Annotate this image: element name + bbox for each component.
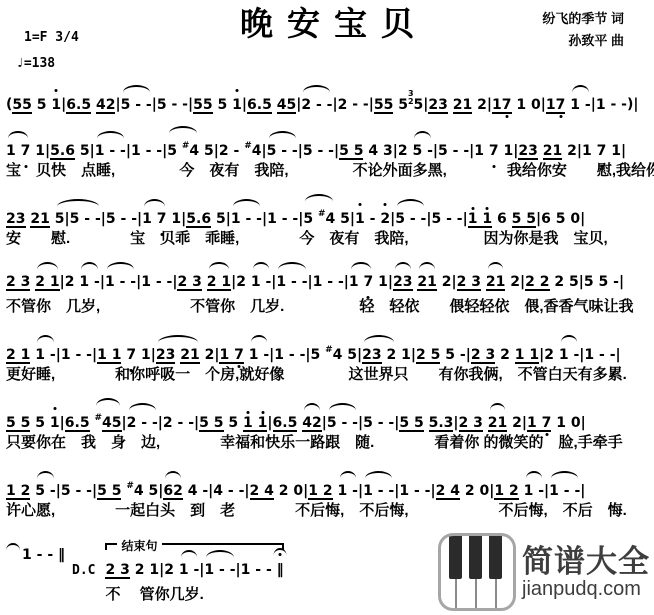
- lyrics-line: 不管你 几岁, 不管你 几岁. 轻 轻依 偎轻轻依 偎,香香气味让我: [6, 297, 654, 318]
- lyrics-line: 宝 贝快 点睡, 今 夜有 我陪, 不论外面多黑, 我给你安 慰,我给你: [6, 161, 654, 182]
- notation-line: 1 2 5 -|5 - -|5 5 #4 5|62 4 -|4 - -|2 4 …: [6, 463, 654, 499]
- lyrics-line: 安 慰. 宝 贝乖 乖睡, 今 夜有 我陪, 因为你是我 宝贝,: [6, 229, 654, 250]
- system-6: 5 5 5 1|6.5 #45|2 - -|2 - -|5 5 5 1 1|6.…: [6, 395, 654, 454]
- lyrics-line: 不 管你几岁.: [105, 585, 283, 606]
- site-url: jianpudq.com: [522, 579, 650, 599]
- system-5: 2 1 1 -|1 - -|1 1 7 1|23 21 2|1 7 1 -|1 …: [6, 327, 654, 386]
- ending-phrase: 结束句 2 3 2 1|2 1 -|1 - -|1 - - ‖ 不 管你几岁.: [105, 531, 283, 606]
- site-name: 简谱大全: [522, 546, 650, 577]
- lyrics-line: 更好睡, 和你呼吸一 个房,就好像 这世界只 有你我俩, 不管白天有多累.: [6, 365, 654, 386]
- tempo-marking: ♩=138: [16, 56, 55, 71]
- notation-line: (55 5 1|6.5 42|5 - -|5 - -|55 5 1|6.5 45…: [6, 78, 654, 114]
- system-3: 23 21 5|5 - -|5 - -|1 7 1|5.6 5|1 - -|1 …: [6, 191, 654, 250]
- lyrics-line: 只要你在 我 身 边, 幸福和快乐一路跟 随. 看着你 的微笑的 脸,手牵手: [6, 433, 654, 454]
- composer-credit: 孙致平 曲: [542, 30, 624, 52]
- system-7: 1 2 5 -|5 - -|5 5 #4 5|62 4 -|4 - -|2 4 …: [6, 463, 654, 522]
- notation-line: 2 1 1 -|1 - -|1 1 7 1|23 21 2|1 7 1 -|1 …: [6, 327, 654, 363]
- notation-line: 23 21 5|5 - -|5 - -|1 7 1|5.6 5|1 - -|1 …: [6, 191, 654, 227]
- lyrics-line: 许心愿, 一起白头 到 老 不后悔, 不后悔, 不后悔, 不后 悔.: [6, 501, 654, 522]
- credits: 纷飞的季节 词 孙致平 曲: [542, 8, 624, 52]
- system-4: 2 3 2 1|2 1 -|1 - -|1 - -|2 3 2 1|2 1 -|…: [6, 259, 654, 318]
- notation-line: 1 7 1|5.6 5|1 - -|1 - -|5 #4 5|2 - #4|5 …: [6, 123, 654, 159]
- system-intro: (55 5 1|6.5 42|5 - -|5 - -|55 5 1|6.5 45…: [6, 78, 654, 114]
- ending-bracket: 结束句 2 3 2 1|2 1 -|1 - -|1 - - ‖: [105, 543, 283, 583]
- header: 晚安宝贝 1=F 3/4 ♩=138 纷飞的季节 词 孙致平 曲: [0, 0, 654, 78]
- site-logo: 简谱大全 jianpudq.com: [438, 533, 650, 611]
- logo-text: 简谱大全 jianpudq.com: [522, 546, 650, 599]
- ending-pre-measures: 1 - - ‖ D.C: [6, 531, 95, 578]
- ending-bracket-label: 结束句: [117, 537, 161, 554]
- notation-line: 2 3 2 1|2 1 -|1 - -|1 - -|2 3 2 1|2 1 -|…: [6, 259, 654, 295]
- notation-line: 5 5 5 1|6.5 #45|2 - -|2 - -|5 5 5 1 1|6.…: [6, 395, 654, 431]
- sheet-music-page: 晚安宝贝 1=F 3/4 ♩=138 纷飞的季节 词 孙致平 曲 (55 5 1…: [0, 0, 654, 615]
- lyricist-credit: 纷飞的季节 词: [542, 8, 624, 30]
- dc-marking: D.C: [72, 563, 95, 578]
- piano-keys-icon: [438, 533, 516, 611]
- notation-line: 1 - - ‖: [6, 531, 95, 565]
- system-2: 1 7 1|5.6 5|1 - -|1 - -|5 #4 5|2 - #4|5 …: [6, 123, 654, 182]
- key-time-signature: 1=F 3/4: [24, 30, 79, 45]
